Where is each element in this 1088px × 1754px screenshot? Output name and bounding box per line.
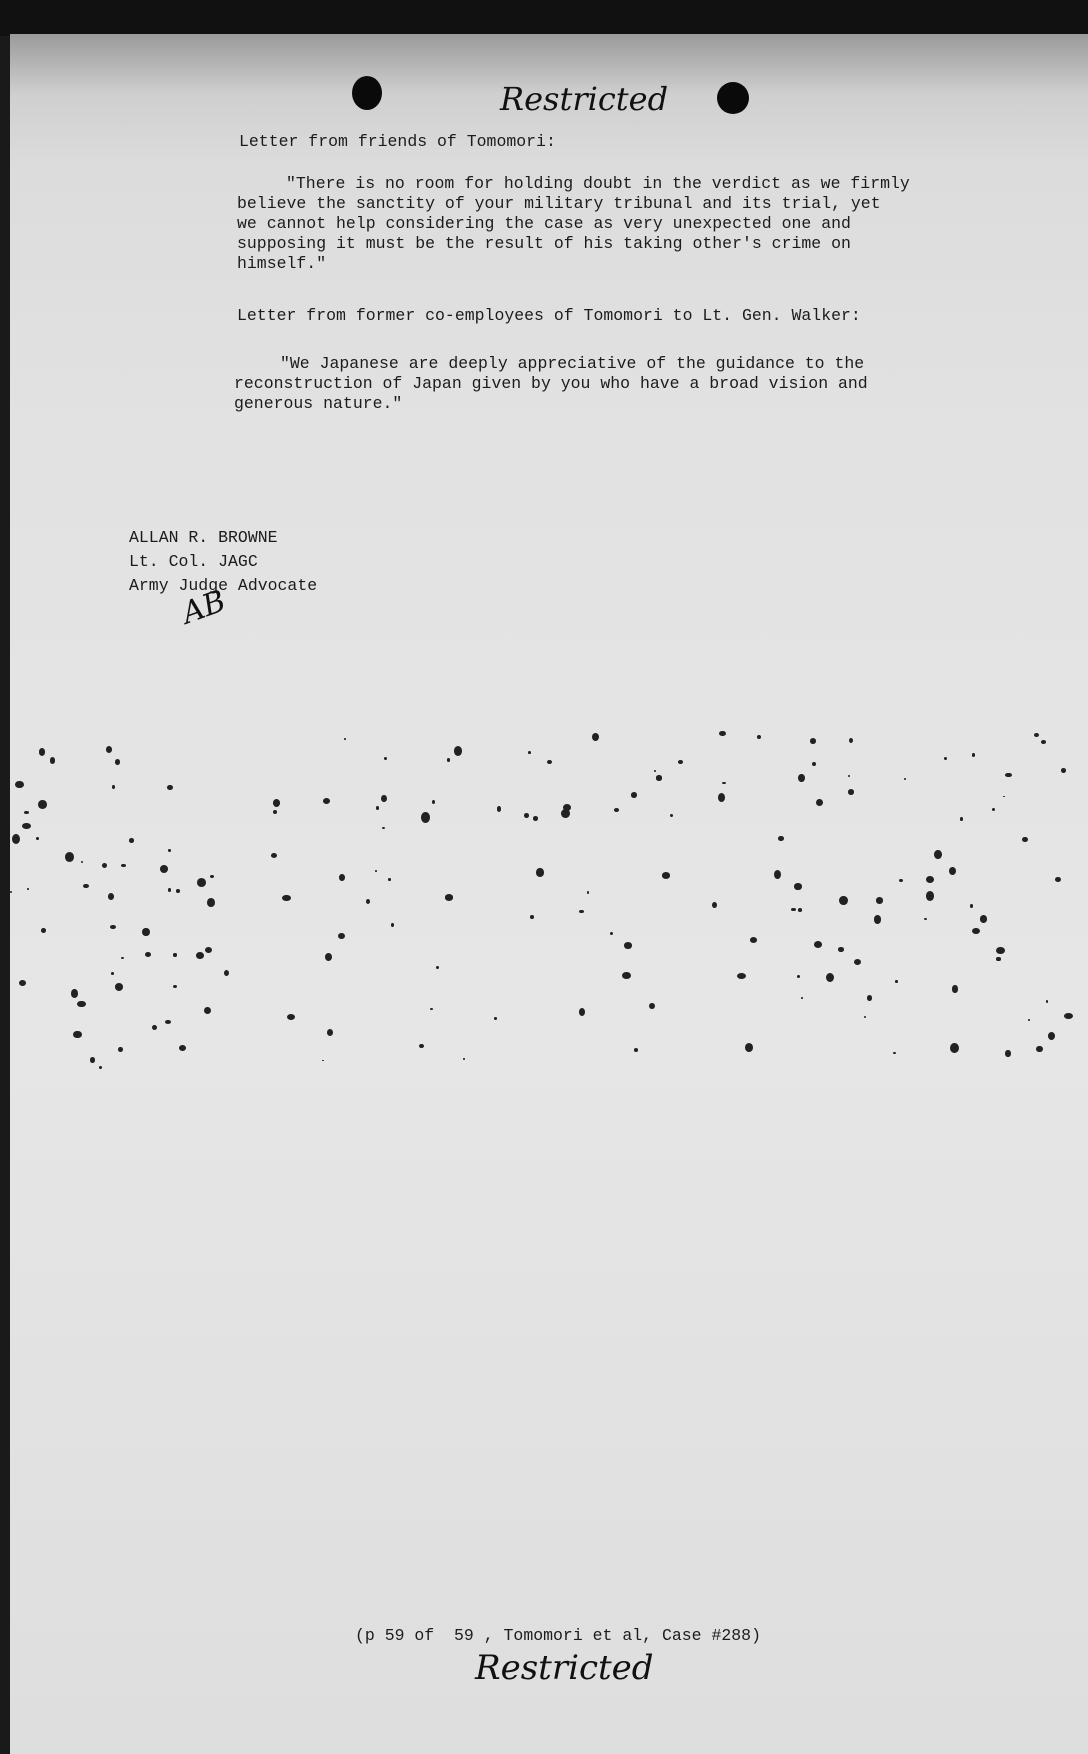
- speck: [718, 793, 725, 802]
- speck: [207, 898, 215, 907]
- speck: [344, 738, 346, 740]
- speck: [614, 808, 619, 812]
- speck: [797, 975, 800, 978]
- speck: [864, 1016, 867, 1019]
- speck: [145, 952, 151, 957]
- speck: [375, 870, 378, 872]
- speck: [1061, 768, 1066, 773]
- speck: [949, 867, 956, 875]
- speck: [980, 915, 988, 923]
- speck: [579, 910, 584, 913]
- speck: [622, 972, 631, 979]
- speck: [224, 970, 229, 976]
- speck: [719, 731, 725, 736]
- speck: [323, 798, 330, 804]
- speck: [1003, 796, 1005, 798]
- speck: [176, 889, 180, 893]
- speck: [12, 834, 20, 844]
- speck: [712, 902, 717, 909]
- restricted-stamp-top: Restricted: [500, 80, 668, 118]
- speck: [950, 1043, 959, 1053]
- speck: [536, 868, 543, 876]
- speck: [376, 806, 380, 810]
- speck: [173, 985, 177, 988]
- speck: [39, 748, 45, 755]
- speck: [19, 980, 26, 986]
- speck: [210, 875, 214, 878]
- speck: [524, 813, 530, 818]
- speck: [41, 928, 46, 933]
- speck: [432, 800, 436, 805]
- scan-top-border: [0, 0, 1088, 36]
- speck: [73, 1031, 81, 1039]
- speck: [108, 893, 114, 900]
- speck: [814, 941, 822, 948]
- speck: [430, 1008, 433, 1010]
- speck: [22, 823, 30, 829]
- speck: [1028, 1019, 1030, 1021]
- speck: [327, 1029, 334, 1037]
- letter-1-heading: Letter from friends of Tomomori:: [239, 132, 556, 152]
- speck: [83, 884, 89, 889]
- speck: [110, 925, 116, 929]
- speck: [656, 775, 663, 780]
- speck: [1036, 1046, 1042, 1053]
- speck: [899, 879, 903, 882]
- speck: [1046, 1000, 1048, 1002]
- speck: [381, 795, 387, 802]
- speck: [547, 760, 552, 764]
- quote-line: supposing it must be the result of his t…: [237, 234, 851, 254]
- speck: [1064, 1013, 1072, 1019]
- speck: [579, 1008, 585, 1016]
- signer-rank: Lt. Col. JAGC: [129, 552, 258, 572]
- speck: [848, 775, 850, 777]
- speck: [204, 1007, 211, 1014]
- speck: [15, 781, 24, 789]
- speck: [463, 1058, 465, 1060]
- speck: [757, 735, 761, 739]
- speck: [391, 923, 394, 926]
- speck: [649, 1003, 655, 1009]
- speck: [798, 774, 805, 783]
- speck: [996, 957, 1001, 960]
- speck: [737, 973, 746, 979]
- quote-line: "We Japanese are deeply appreciative of …: [280, 354, 864, 374]
- speck: [497, 806, 502, 812]
- quote-line: reconstruction of Japan given by you who…: [234, 374, 868, 394]
- speck: [952, 985, 958, 992]
- speck: [160, 865, 168, 873]
- speck: [972, 753, 975, 756]
- speck: [624, 942, 632, 949]
- punch-hole-right: [717, 82, 749, 114]
- speck: [205, 947, 212, 953]
- speck: [36, 837, 40, 840]
- speck: [382, 827, 385, 829]
- speck: [388, 878, 392, 881]
- speck: [592, 733, 599, 741]
- speck: [271, 853, 277, 858]
- speck: [273, 799, 280, 807]
- speck: [1034, 733, 1040, 738]
- speck: [816, 799, 823, 806]
- speck: [366, 899, 371, 905]
- speck: [610, 932, 614, 936]
- quote-line: "There is no room for holding doubt in t…: [286, 174, 910, 194]
- letter-2-heading: Letter from former co-employees of Tomom…: [237, 306, 861, 326]
- speck: [71, 989, 78, 997]
- speck: [904, 778, 906, 780]
- speck: [1005, 773, 1011, 777]
- speck: [662, 872, 670, 878]
- speck: [121, 957, 123, 959]
- speck: [1055, 877, 1061, 882]
- speck: [838, 947, 843, 952]
- speck: [165, 1020, 170, 1024]
- speck: [338, 933, 344, 939]
- quote-line: generous nature.": [234, 394, 402, 414]
- speck: [167, 785, 172, 790]
- speck: [65, 852, 74, 862]
- speck: [115, 759, 120, 765]
- speck: [854, 959, 861, 965]
- speck: [745, 1043, 753, 1052]
- speck: [924, 918, 927, 920]
- speck: [533, 816, 539, 821]
- speck: [530, 915, 534, 919]
- speck: [563, 804, 571, 811]
- speck: [791, 908, 796, 912]
- speck: [24, 811, 28, 814]
- speck: [282, 895, 291, 901]
- speck: [778, 836, 783, 841]
- speck: [445, 894, 454, 900]
- restricted-stamp-bottom: Restricted: [475, 1648, 654, 1688]
- quote-line: believe the sanctity of your military tr…: [237, 194, 881, 214]
- speck: [494, 1017, 497, 1020]
- speck: [50, 757, 56, 764]
- speck: [287, 1014, 296, 1021]
- signer-title: Army Judge Advocate: [129, 576, 317, 596]
- speck: [90, 1057, 95, 1062]
- speck: [99, 1066, 103, 1069]
- speck: [926, 876, 934, 883]
- speck: [421, 812, 429, 823]
- speck: [447, 758, 450, 761]
- speck: [384, 757, 387, 760]
- speck: [634, 1048, 638, 1052]
- speck: [1022, 837, 1027, 842]
- speck: [970, 904, 973, 908]
- speck: [812, 762, 816, 766]
- speck: [798, 908, 803, 912]
- speck: [27, 888, 30, 890]
- speck: [273, 810, 277, 814]
- speck: [152, 1025, 157, 1030]
- speck: [106, 746, 113, 753]
- speck: [111, 972, 114, 975]
- speck: [77, 1001, 86, 1008]
- speck: [419, 1044, 424, 1049]
- speck: [926, 891, 935, 901]
- speck: [895, 980, 897, 983]
- speck: [794, 883, 801, 889]
- speck: [944, 757, 947, 760]
- speck: [874, 915, 882, 924]
- speck: [1048, 1032, 1055, 1040]
- speck: [839, 896, 847, 905]
- speck: [810, 738, 816, 743]
- speck: [168, 849, 172, 852]
- speck: [996, 947, 1005, 954]
- speck: [196, 952, 204, 959]
- speck: [848, 789, 854, 795]
- speck: [121, 864, 126, 867]
- speck: [934, 850, 941, 859]
- speck: [112, 785, 115, 788]
- speck: [1041, 740, 1046, 744]
- speck: [528, 751, 532, 754]
- speck: [972, 928, 980, 934]
- speck: [867, 995, 873, 1001]
- speck: [678, 760, 683, 764]
- speck: [876, 897, 883, 903]
- quote-line: himself.": [237, 254, 326, 274]
- speck: [179, 1045, 186, 1051]
- punch-hole-left: [352, 76, 382, 110]
- document-page: Restricted Letter from friends of Tomomo…: [10, 34, 1088, 1754]
- speck: [168, 888, 171, 892]
- speck: [801, 997, 803, 999]
- speck: [750, 937, 758, 943]
- speck: [1005, 1050, 1010, 1057]
- speck: [197, 878, 206, 887]
- speck: [81, 861, 83, 863]
- speck: [142, 928, 150, 936]
- speck: [454, 746, 462, 756]
- speck: [992, 808, 996, 812]
- speck: [826, 973, 834, 982]
- speck: [587, 891, 589, 894]
- speck: [654, 770, 656, 772]
- speck: [322, 1060, 324, 1062]
- speck: [722, 782, 725, 784]
- speck: [102, 863, 107, 868]
- speck: [436, 966, 440, 969]
- page-reference: (p 59 of 59 , Tomomori et al, Case #288): [355, 1626, 761, 1646]
- speck: [38, 800, 47, 808]
- speck: [129, 838, 134, 842]
- speck: [670, 814, 673, 817]
- speck: [849, 738, 853, 743]
- quote-line: we cannot help considering the case as v…: [237, 214, 851, 234]
- speck: [118, 1047, 123, 1052]
- speck: [10, 891, 12, 893]
- speck: [893, 1052, 896, 1054]
- speck: [115, 983, 123, 990]
- speck: [325, 953, 332, 961]
- speck: [173, 953, 176, 956]
- speck: [960, 817, 963, 820]
- speck: [631, 792, 637, 798]
- speck: [339, 874, 345, 880]
- speck: [774, 870, 781, 879]
- signer-name: ALLAN R. BROWNE: [129, 528, 278, 548]
